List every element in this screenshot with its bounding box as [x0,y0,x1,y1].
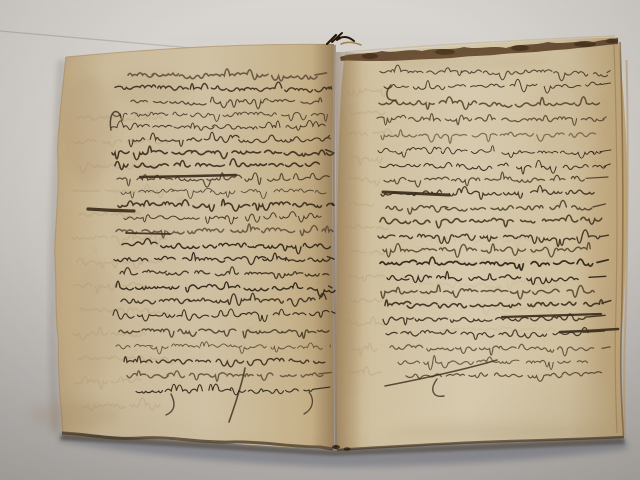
manuscript-photo-canvas [0,0,640,480]
manuscript-photo [0,0,640,480]
photo-vignette [0,0,640,480]
